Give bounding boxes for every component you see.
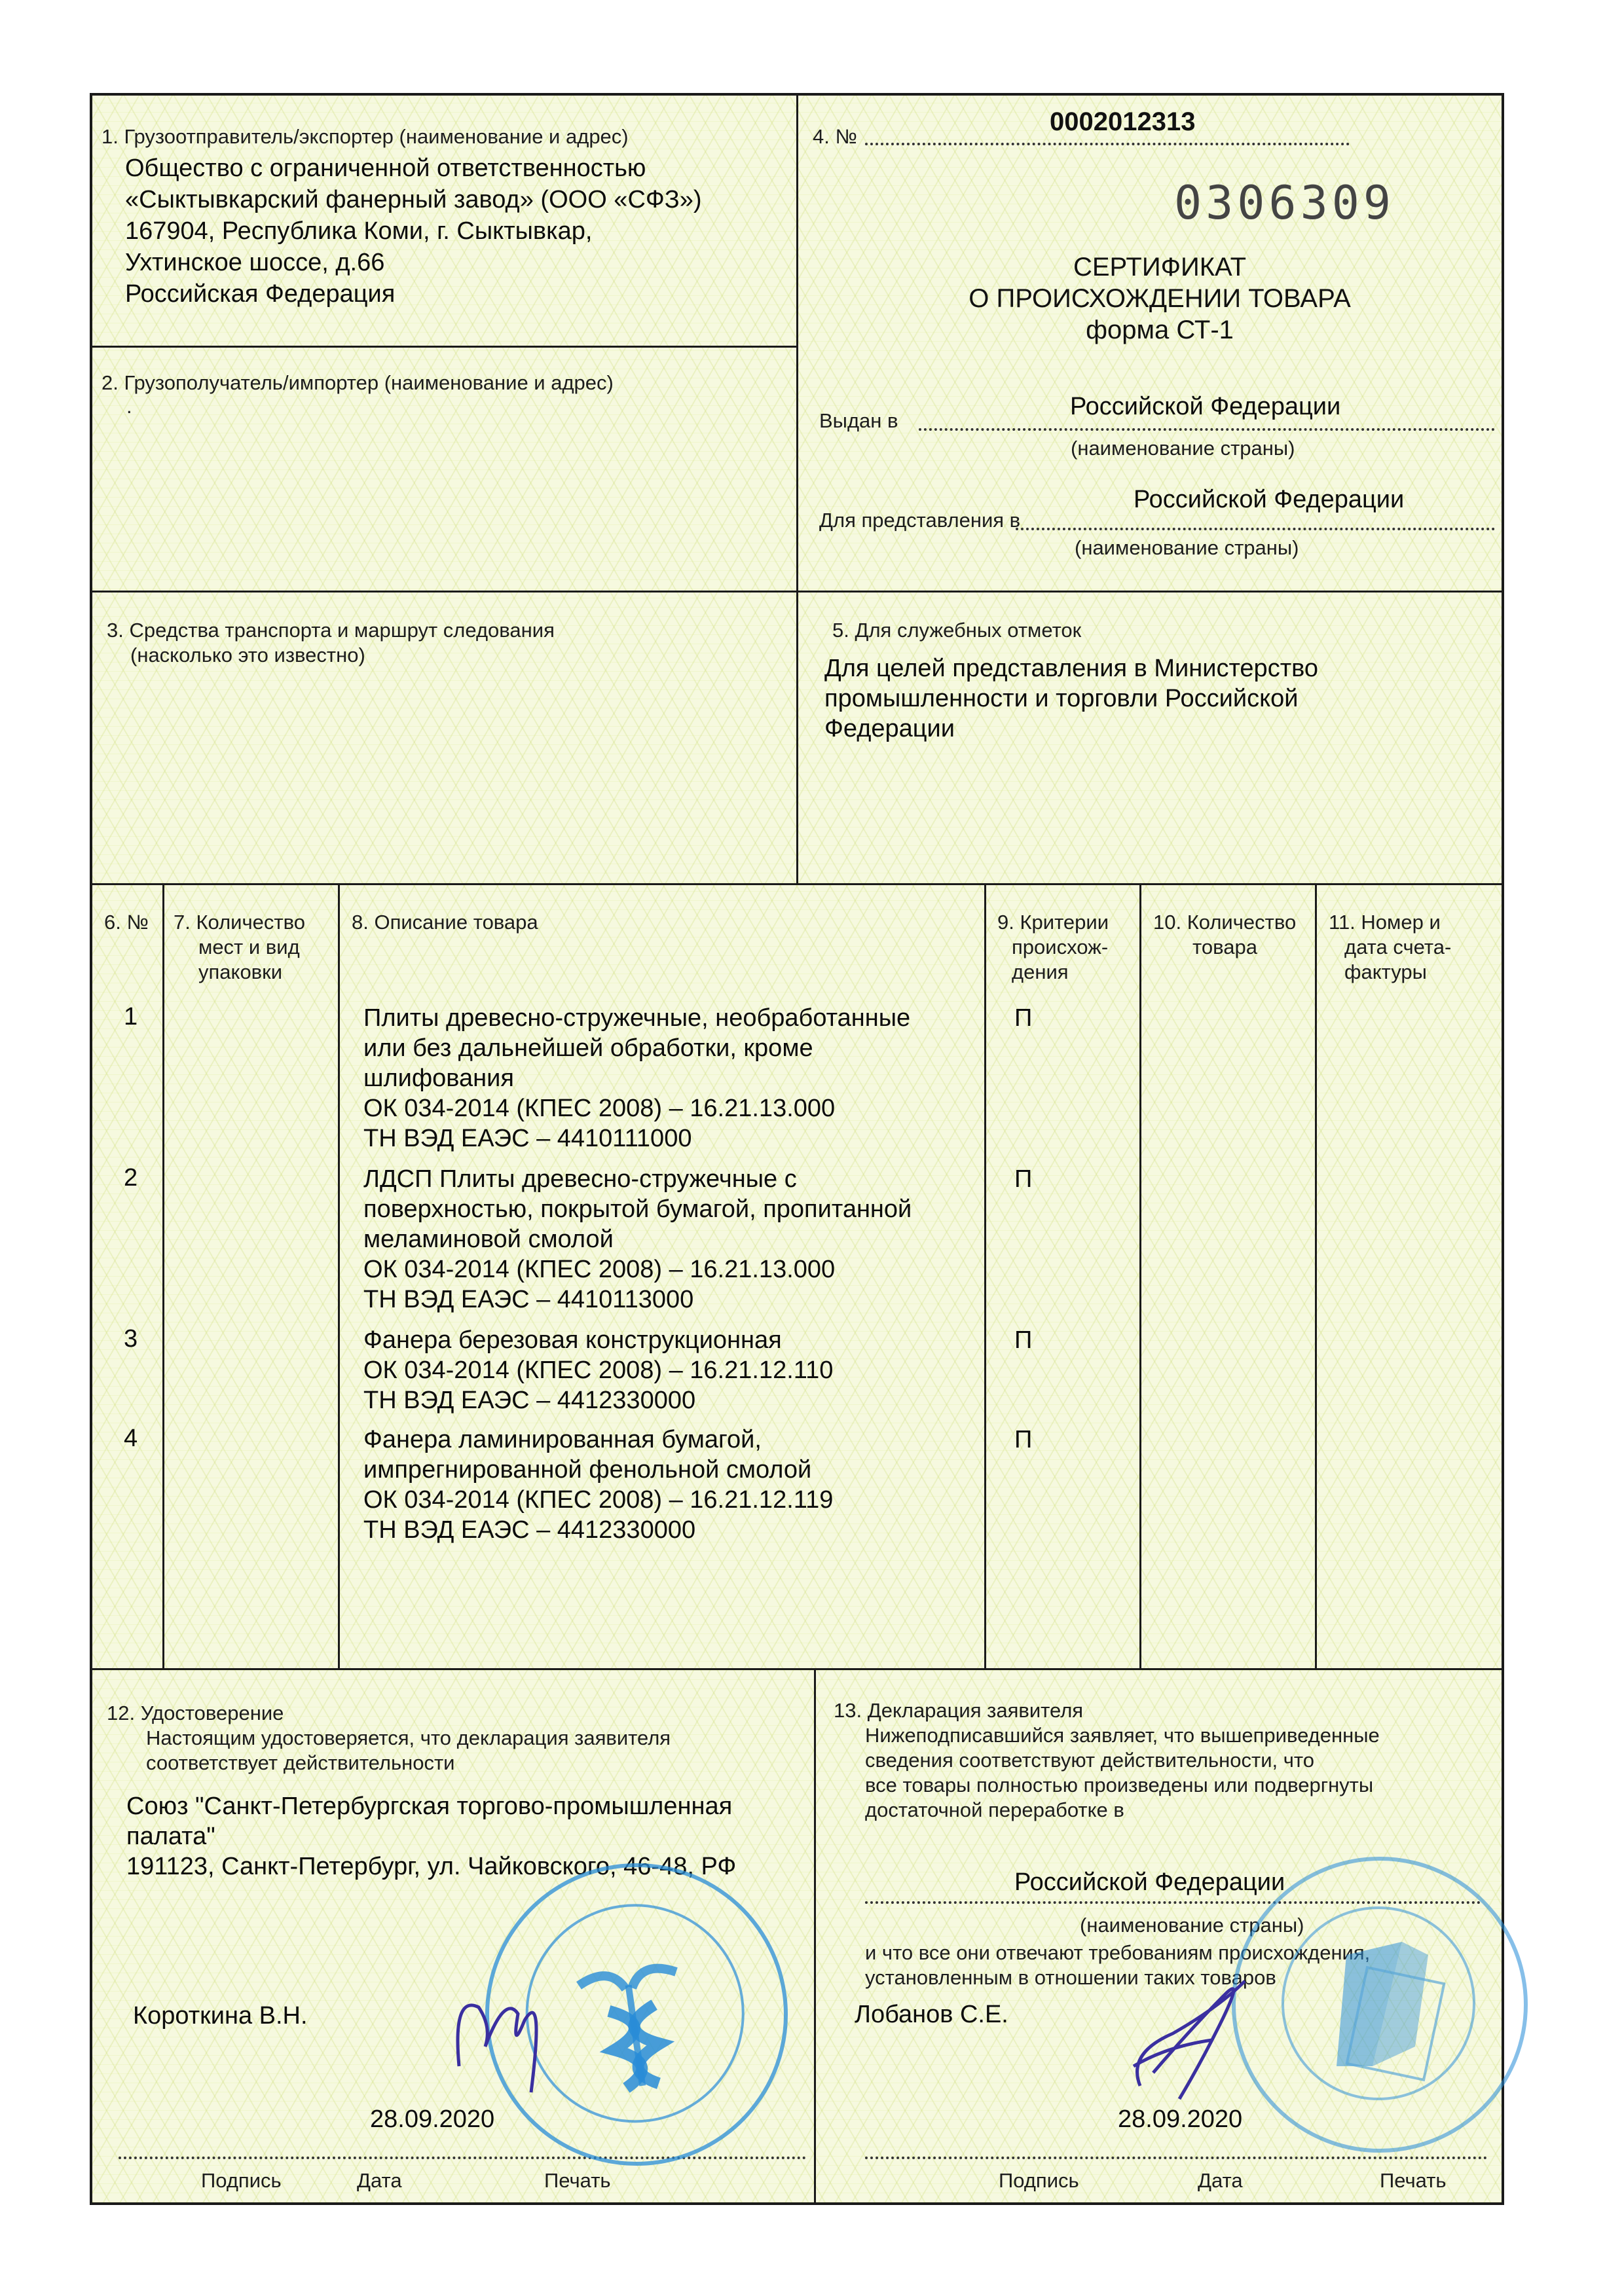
certificate-form: 1. Грузоотправитель/экспортер (наименова… (90, 93, 1504, 2205)
header-col7-line2: мест и вид (198, 935, 300, 960)
presented-in-hint: (наименование страны) (1075, 536, 1299, 560)
chamber-name-line2: палата" (126, 1821, 215, 1851)
presented-in-dotline (1016, 528, 1495, 530)
row4-desc-line3: ОК 034-2014 (КПЕС 2008) – 16.21.12.119 (363, 1485, 833, 1515)
header-col10-line1: 10. Количество (1153, 910, 1296, 935)
box13-footer-seal: Печать (1380, 2168, 1447, 2193)
box12-text-line2: соответствует действительности (146, 1751, 455, 1776)
box13-signer: Лобанов С.Е. (855, 1999, 1008, 2030)
issued-in-value: Российской Федерации (1070, 392, 1340, 422)
header-col11-line2: дата счета- (1344, 935, 1451, 960)
box3-label-line-2: (насколько это известно) (130, 643, 365, 668)
table-col-divider-1 (162, 883, 164, 1669)
box13-footer-signature: Подпись (999, 2168, 1079, 2193)
box1-label: 1. Грузоотправитель/экспортер (наименова… (101, 124, 629, 149)
header-col9-line2: происхож- (1012, 935, 1108, 960)
box12-signature-dotline (119, 2157, 806, 2159)
table-col-divider-3 (984, 883, 986, 1669)
table-col-divider-5 (1315, 883, 1317, 1669)
row3-desc-line2: ОК 034-2014 (КПЕС 2008) – 16.21.12.110 (363, 1355, 833, 1385)
row2-number: 2 (124, 1163, 138, 1193)
row1-criterion: П (1014, 1003, 1032, 1033)
header-col7-line3: упаковки (198, 960, 282, 985)
box3-label-line-1: 3. Средства транспорта и маршрут следова… (107, 618, 555, 643)
certificate-title-line-2: О ПРОИСХОЖДЕНИИ ТОВАРА (931, 283, 1389, 315)
divider-vertical-top (796, 96, 798, 884)
divider-box1-box2 (92, 346, 798, 348)
row1-desc-line3: шлифования (363, 1063, 514, 1093)
row4-desc-line1: Фанера ламинированная бумагой, (363, 1425, 762, 1455)
box12-signature-icon (446, 1968, 551, 2099)
row3-number: 3 (124, 1324, 138, 1354)
row3-desc-line3: ТН ВЭД ЕАЭС – 4412330000 (363, 1385, 695, 1415)
box12-footer-seal: Печать (544, 2168, 611, 2193)
header-col11-line1: 11. Номер и (1329, 910, 1441, 935)
box13-signature-icon (1114, 1968, 1284, 2112)
box12-label: 12. Удостоверение (107, 1701, 284, 1726)
box13-signature-dotline (865, 2157, 1487, 2159)
official-note-line-3: Федерации (824, 714, 955, 744)
row3-desc-line1: Фанера березовая конструкционная (363, 1325, 782, 1355)
header-col7-line1: 7. Количество (174, 910, 305, 935)
row4-desc-line2: импрегнированной фенольной смолой (363, 1455, 811, 1485)
table-col-divider-4 (1139, 883, 1141, 1669)
header-col6: 6. № (104, 910, 149, 935)
divider-box12-box13 (814, 1668, 816, 2205)
presented-in-label: Для представления в (819, 508, 1020, 533)
chamber-name-line1: Союз "Санкт-Петербургская торгово-промыш… (126, 1791, 732, 1821)
box12-signer: Короткина В.Н. (133, 2001, 308, 2031)
exporter-line-2: «Сыктывкарский фанерный завод» (ООО «СФЗ… (125, 185, 702, 215)
header-col8: 8. Описание товара (352, 910, 538, 935)
row1-desc-line5: ТН ВЭД ЕАЭС – 4410111000 (363, 1123, 692, 1154)
exporter-line-4: Ухтинское шоссе, д.66 (125, 247, 384, 278)
row2-criterion: П (1014, 1164, 1032, 1194)
issued-in-hint: (наименование страны) (1071, 436, 1295, 461)
importer-value: . (126, 394, 132, 419)
official-note-line-1: Для целей представления в Министерство (824, 653, 1318, 683)
issued-in-dotline (919, 428, 1495, 431)
box12-footer-date: Дата (357, 2168, 402, 2193)
header-col11-line3: фактуры (1344, 960, 1427, 985)
row4-number: 4 (124, 1423, 138, 1453)
row1-desc-line2: или без дальнейшей обработки, кроме (363, 1033, 813, 1063)
divider-table-bottom (92, 1668, 1502, 1670)
header-col9-line1: 9. Критерии (997, 910, 1109, 935)
issued-in-label: Выдан в (819, 409, 898, 433)
certificate-title-line-3: форма СТ-1 (931, 314, 1389, 346)
certificate-title-line-1: СЕРТИФИКАТ (931, 251, 1389, 283)
box13-text-line1: Нижеподписавшийся заявляет, что вышеприв… (865, 1723, 1380, 1748)
row4-desc-line4: ТН ВЭД ЕАЭС – 4412330000 (363, 1515, 695, 1545)
row2-desc-line2: поверхностью, покрытой бумагой, пропитан… (363, 1194, 912, 1224)
divider-table-top (92, 883, 1502, 885)
box12-text-line1: Настоящим удостоверяется, что декларация… (146, 1726, 671, 1751)
box13-text-line2: сведения соответствуют действительности,… (865, 1748, 1314, 1773)
row2-desc-line5: ТН ВЭД ЕАЭС – 4410113000 (363, 1285, 693, 1315)
box5-label: 5. Для служебных отметок (832, 618, 1081, 643)
presented-in-value: Российской Федерации (1134, 484, 1404, 515)
box12-date: 28.09.2020 (370, 2104, 494, 2134)
exporter-line-3: 167904, Республика Коми, г. Сыктывкар, (125, 216, 592, 246)
header-col9-line3: дения (1012, 960, 1069, 985)
certificate-serial: 0306309 (1174, 175, 1395, 231)
row2-desc-line4: ОК 034-2014 (КПЕС 2008) – 16.21.13.000 (363, 1254, 835, 1285)
exporter-line-1: Общество с ограниченной ответственностью (125, 153, 646, 183)
row1-number: 1 (124, 1002, 138, 1032)
official-note-line-2: промышленности и торговли Российской (824, 683, 1299, 714)
certificate-number: 0002012313 (1050, 106, 1195, 138)
box12-footer-signature: Подпись (201, 2168, 282, 2193)
header-col10-line2: товара (1192, 935, 1257, 960)
box13-text-line3: все товары полностью произведены или под… (865, 1773, 1373, 1798)
row2-desc-line1: ЛДСП Плиты древесно-стружечные с (363, 1164, 797, 1194)
certificate-number-dotline (865, 143, 1350, 145)
exporter-line-5: Российская Федерация (125, 279, 395, 309)
box2-label: 2. Грузополучатель/импортер (наименовани… (101, 371, 614, 395)
table-col-divider-2 (338, 883, 340, 1669)
divider-top-section (92, 591, 1502, 592)
row1-desc-line1: Плиты древесно-стружечные, необработанны… (363, 1003, 910, 1033)
certificate-number-label: 4. № (813, 124, 857, 149)
row1-desc-line4: ОК 034-2014 (КПЕС 2008) – 16.21.13.000 (363, 1093, 835, 1123)
row2-desc-line3: меламиновой смолой (363, 1224, 614, 1254)
box13-text-line4: достаточной переработке в (865, 1798, 1124, 1823)
row4-criterion: П (1014, 1425, 1032, 1455)
box13-label: 13. Декларация заявителя (834, 1698, 1083, 1723)
box13-footer-date: Дата (1198, 2168, 1243, 2193)
row3-criterion: П (1014, 1325, 1032, 1355)
